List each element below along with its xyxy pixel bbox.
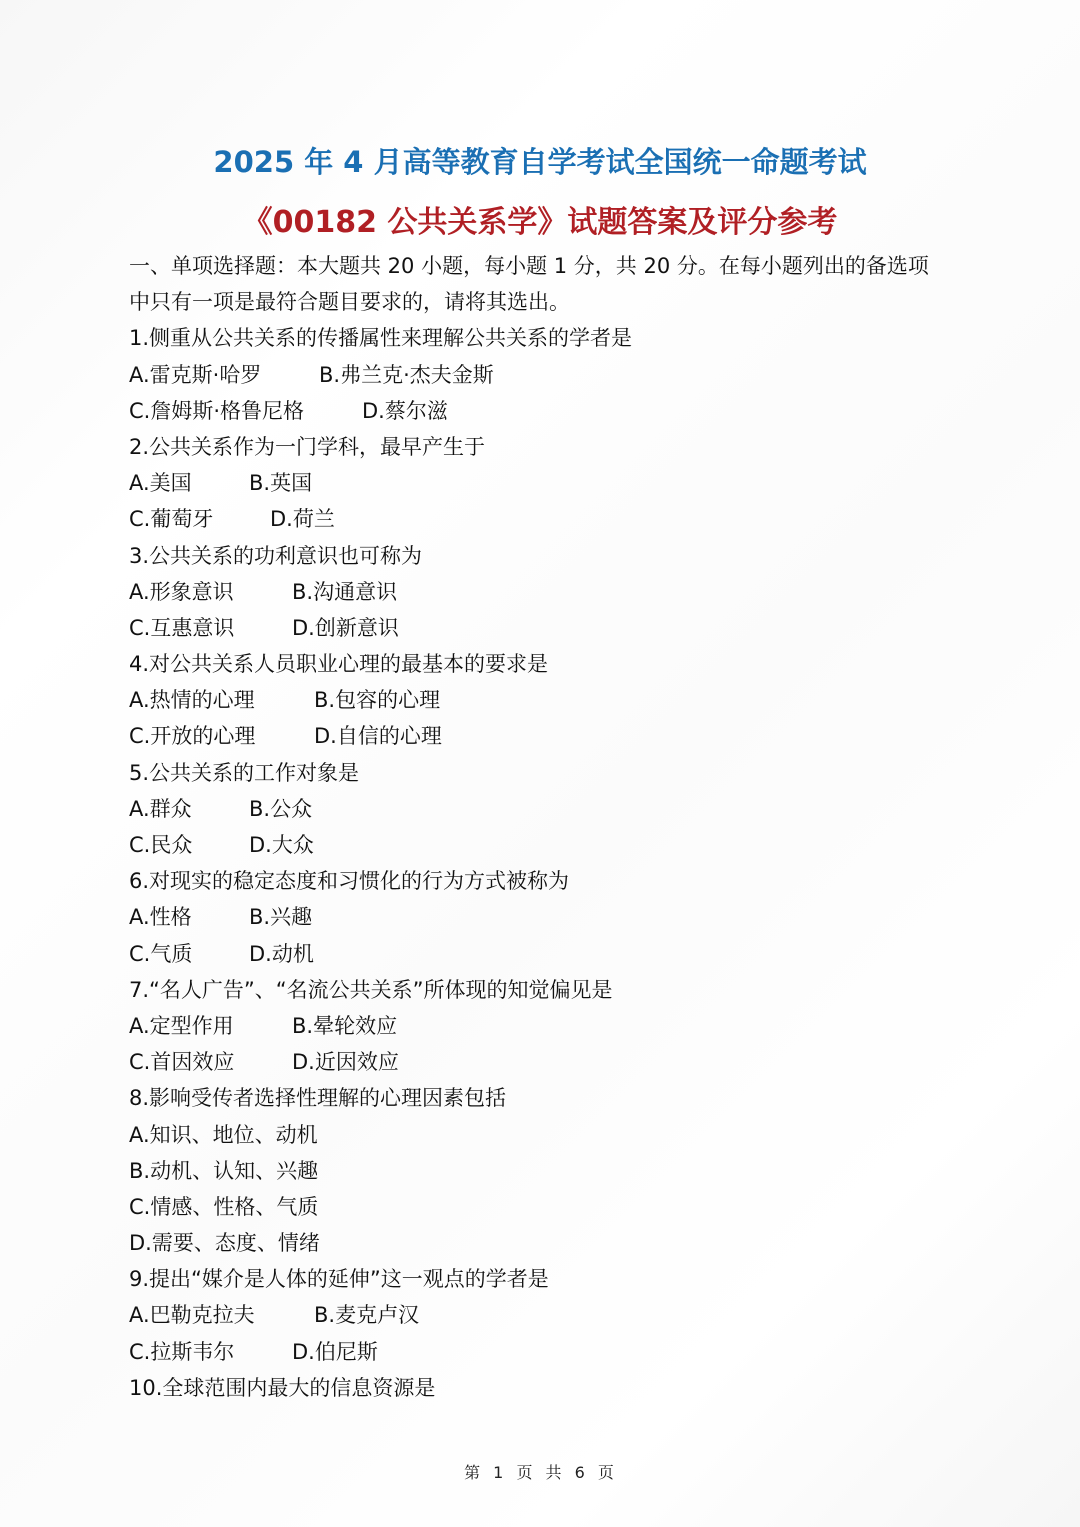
answer-option: B.晕轮效应: [292, 1008, 397, 1044]
option-row: A.美国B.英国: [129, 465, 969, 501]
option-row: C.互惠意识D.创新意识: [129, 610, 969, 646]
answer-option: B.麦克卢汉: [314, 1297, 419, 1333]
question-stem: 10.全球范围内最大的信息资源是: [129, 1370, 969, 1406]
answer-option: A.热情的心理: [129, 682, 314, 718]
answer-option: B.沟通意识: [292, 574, 397, 610]
question-stem: 7.“名人广告”、“名流公共关系”所体现的知觉偏见是: [129, 972, 969, 1008]
question-section: 一、单项选择题：本大题共 20 小题，每小题 1 分，共 20 分。在每小题列出…: [129, 248, 969, 1406]
section-intro-cont: 中只有一项是最符合题目要求的，请将其选出。: [129, 284, 969, 320]
answer-option: A.定型作用: [129, 1008, 292, 1044]
answer-option: D.蔡尔滋: [362, 393, 448, 429]
option-row: A.性格B.兴趣: [129, 899, 969, 935]
question-stem: 6.对现实的稳定态度和习惯化的行为方式被称为: [129, 863, 969, 899]
answer-option: B.公众: [249, 791, 312, 827]
answer-option: C.互惠意识: [129, 610, 292, 646]
answer-option: C.葡萄牙: [129, 501, 270, 537]
answer-option: C.詹姆斯·格鲁尼格: [129, 393, 362, 429]
option-row: A.知识、地位、动机: [129, 1117, 969, 1153]
option-row: A.群众B.公众: [129, 791, 969, 827]
option-row: A.定型作用B.晕轮效应: [129, 1008, 969, 1044]
answer-option: D.荷兰: [270, 501, 335, 537]
option-row: D.需要、态度、情绪: [129, 1225, 969, 1261]
answer-option: A.雷克斯·哈罗: [129, 357, 319, 393]
answer-option: B.英国: [249, 465, 312, 501]
question-stem: 8.影响受传者选择性理解的心理因素包括: [129, 1080, 969, 1116]
answer-option: C.气质: [129, 936, 249, 972]
exam-title: 2025 年 4 月高等教育自学考试全国统一命题考试: [0, 140, 1080, 181]
question-stem: 5.公共关系的工作对象是: [129, 755, 969, 791]
answer-option: C.情感、性格、气质: [129, 1189, 318, 1225]
answer-option: A.知识、地位、动机: [129, 1117, 318, 1153]
answer-option: D.近因效应: [292, 1044, 399, 1080]
option-row: A.雷克斯·哈罗B.弗兰克·杰夫金斯: [129, 357, 969, 393]
option-row: C.气质D.动机: [129, 936, 969, 972]
question-stem: 3.公共关系的功利意识也可称为: [129, 538, 969, 574]
option-row: C.葡萄牙D.荷兰: [129, 501, 969, 537]
answer-option: D.创新意识: [292, 610, 399, 646]
option-row: C.詹姆斯·格鲁尼格D.蔡尔滋: [129, 393, 969, 429]
option-row: A.形象意识B.沟通意识: [129, 574, 969, 610]
option-row: B.动机、认知、兴趣: [129, 1153, 969, 1189]
answer-option: C.开放的心理: [129, 718, 314, 754]
question-list: 1.侧重从公共关系的传播属性来理解公共关系的学者是A.雷克斯·哈罗B.弗兰克·杰…: [129, 320, 969, 1406]
answer-option: D.动机: [249, 936, 314, 972]
option-row: C.拉斯韦尔D.伯尼斯: [129, 1334, 969, 1370]
exam-page: 2025 年 4 月高等教育自学考试全国统一命题考试 《00182 公共关系学》…: [0, 0, 1080, 1527]
exam-subtitle: 《00182 公共关系学》试题答案及评分参考: [0, 197, 1080, 241]
option-row: C.民众D.大众: [129, 827, 969, 863]
answer-option: A.巴勒克拉夫: [129, 1297, 314, 1333]
option-row: A.热情的心理B.包容的心理: [129, 682, 969, 718]
question-stem: 4.对公共关系人员职业心理的最基本的要求是: [129, 646, 969, 682]
answer-option: D.伯尼斯: [292, 1334, 378, 1370]
option-row: C.首因效应D.近因效应: [129, 1044, 969, 1080]
page-number: 第 1 页 共 6 页: [0, 1460, 1080, 1483]
option-row: C.开放的心理D.自信的心理: [129, 718, 969, 754]
answer-option: A.形象意识: [129, 574, 292, 610]
answer-option: A.群众: [129, 791, 249, 827]
answer-option: A.美国: [129, 465, 249, 501]
answer-option: B.兴趣: [249, 899, 312, 935]
question-stem: 9.提出“媒介是人体的延伸”这一观点的学者是: [129, 1261, 969, 1297]
answer-option: D.大众: [249, 827, 314, 863]
question-stem: 1.侧重从公共关系的传播属性来理解公共关系的学者是: [129, 320, 969, 356]
answer-option: B.包容的心理: [314, 682, 440, 718]
option-row: C.情感、性格、气质: [129, 1189, 969, 1225]
answer-option: C.首因效应: [129, 1044, 292, 1080]
answer-option: B.弗兰克·杰夫金斯: [319, 357, 494, 393]
answer-option: C.拉斯韦尔: [129, 1334, 292, 1370]
answer-option: C.民众: [129, 827, 249, 863]
option-row: A.巴勒克拉夫B.麦克卢汉: [129, 1297, 969, 1333]
answer-option: D.需要、态度、情绪: [129, 1225, 320, 1261]
answer-option: A.性格: [129, 899, 249, 935]
question-stem: 2.公共关系作为一门学科，最早产生于: [129, 429, 969, 465]
answer-option: B.动机、认知、兴趣: [129, 1153, 318, 1189]
answer-option: D.自信的心理: [314, 718, 442, 754]
section-intro: 一、单项选择题：本大题共 20 小题，每小题 1 分，共 20 分。在每小题列出…: [129, 248, 969, 284]
